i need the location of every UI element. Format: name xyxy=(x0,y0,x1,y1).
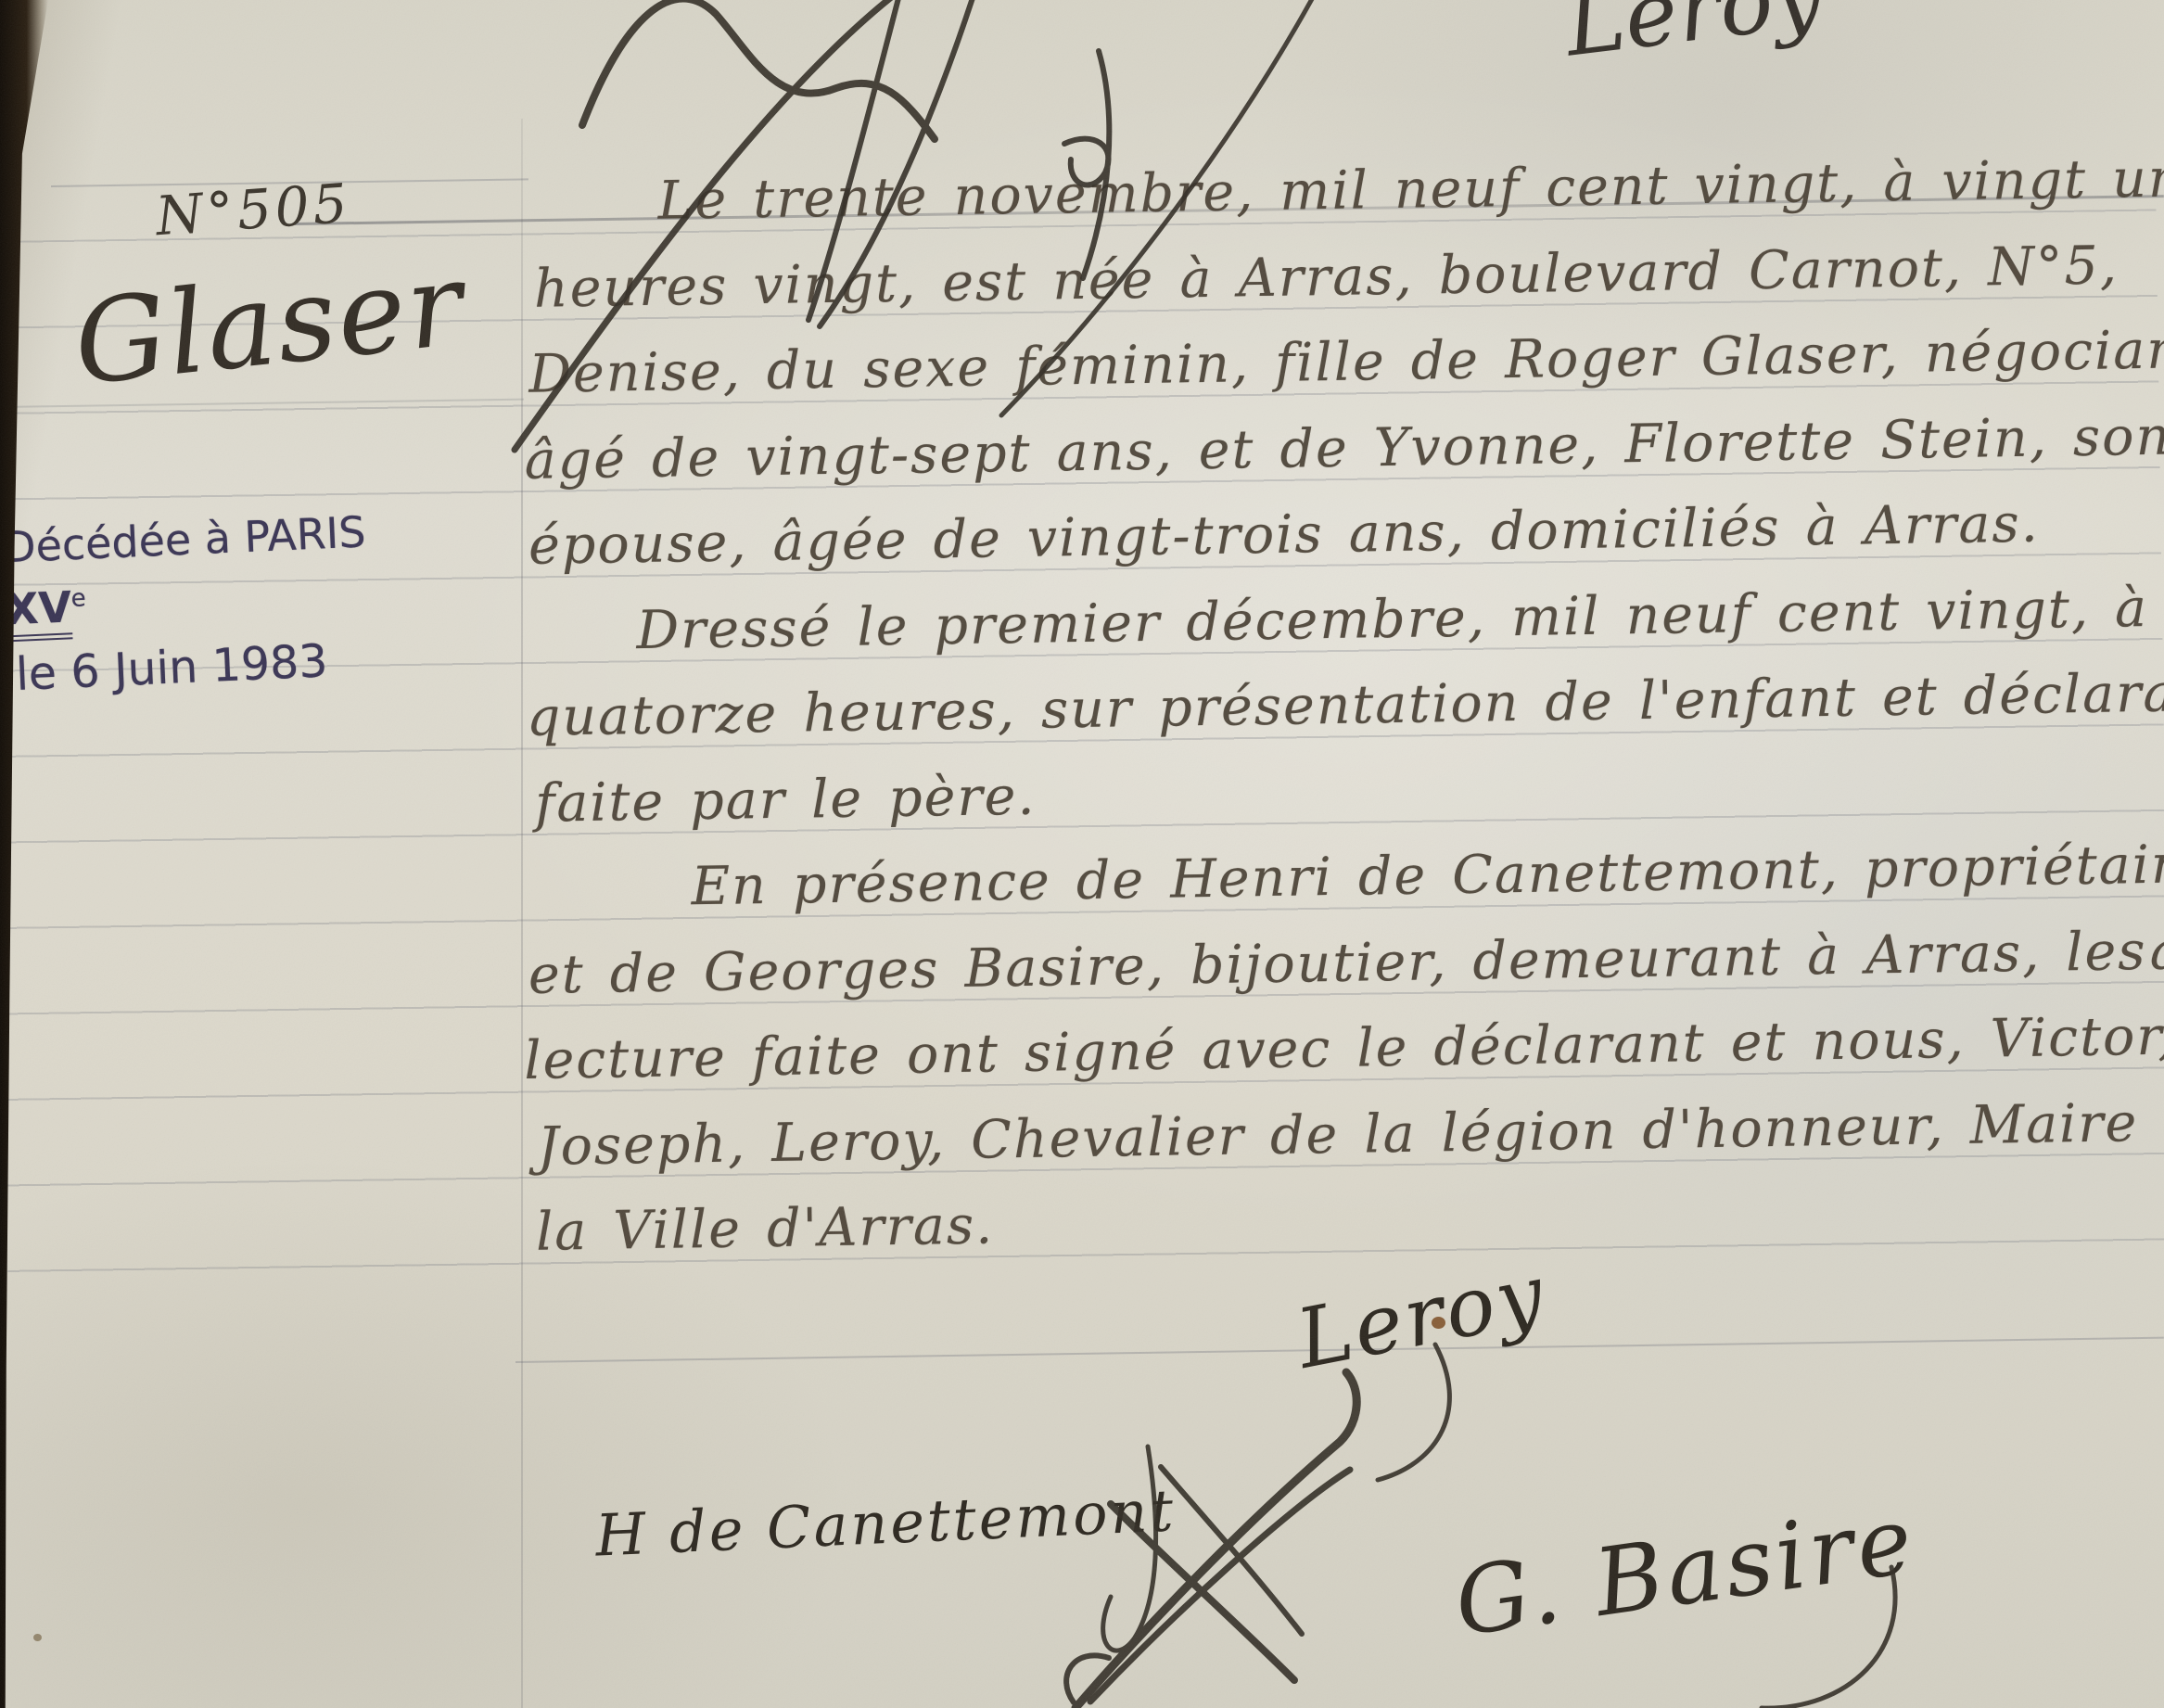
paper-grain-texture xyxy=(0,0,2164,1708)
register-page-photo: N°505 Glaser Décédée à PARIS XVe le 6 Ju… xyxy=(0,0,2164,1708)
